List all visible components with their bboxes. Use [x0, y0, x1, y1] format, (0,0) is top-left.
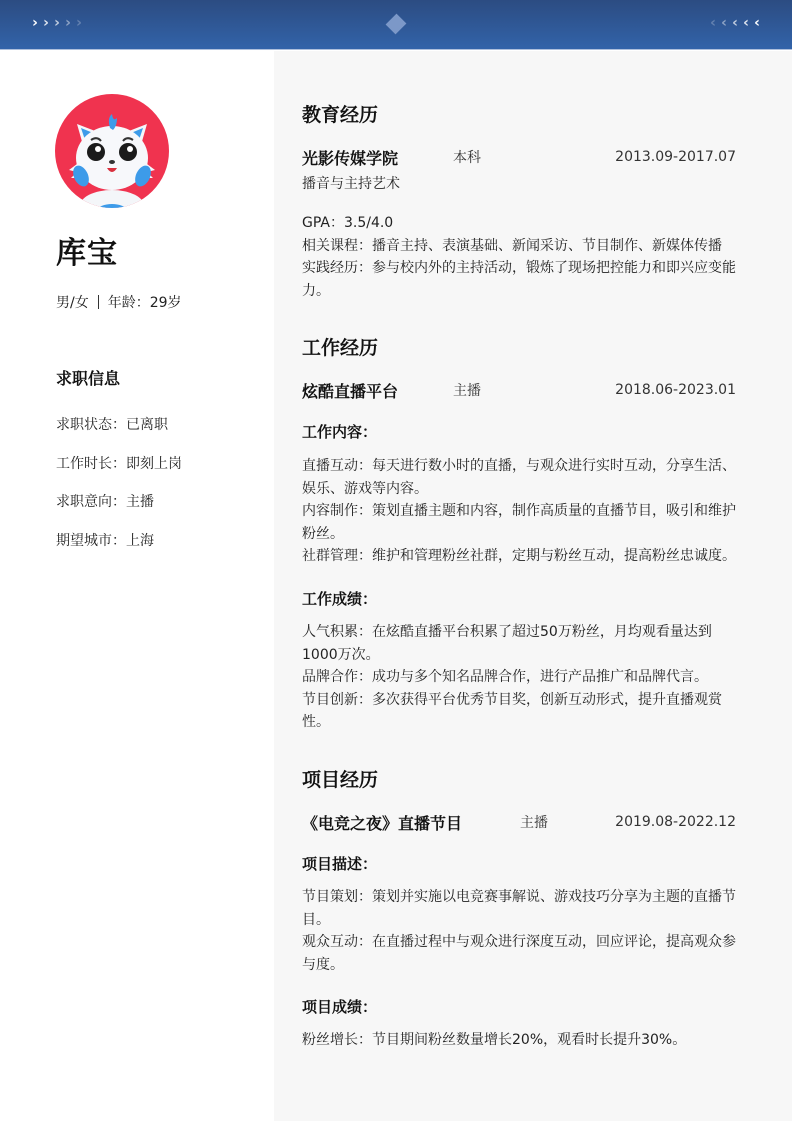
job-intent-title: 求职信息: [56, 366, 120, 389]
avatar: [55, 94, 169, 208]
project-desc-item: 观众互动：在直播过程中与观众进行深度互动，回应评论，提高观众参与度。: [302, 931, 738, 976]
school-name: 光影传媒学院: [302, 146, 398, 169]
project-date: 2019.08-2022.12: [615, 814, 736, 830]
project-achievements-title: 项目成绩：: [302, 996, 377, 1017]
chevron-left-icon: ‹: [741, 15, 751, 31]
work-achievements-title: 工作成绩：: [302, 588, 377, 609]
candidate-name: 库宝: [56, 228, 118, 272]
work-achievements: 人气积累：在炫酷直播平台积累了超过50万粉丝，月均观看量达到1000万次。 品牌…: [302, 621, 738, 734]
practice: 实践经历：参与校内外的主持活动，锻炼了现场把控能力和即兴应变能力。: [302, 257, 738, 302]
job-intent-position: 求职意向：主播: [56, 493, 182, 532]
company-name: 炫酷直播平台: [302, 379, 398, 402]
project-entry-header: 《电竞之夜》直播节目 主播 2019.08-2022.12: [302, 811, 736, 833]
project-desc: 节目策划：策划并实施以电竞赛事解说、游戏技巧分享为主题的直播节目。 观众互动：在…: [302, 886, 738, 976]
gpa: GPA：3.5/4.0: [302, 212, 738, 235]
cat-mascot-icon: [55, 94, 169, 208]
job-intent-list: 求职状态：已离职 工作时长：即刻上岗 求职意向：主播 期望城市：上海: [56, 416, 182, 570]
major: 播音与主持艺术: [302, 173, 738, 196]
education-section-title: 教育经历: [302, 100, 378, 127]
project-desc-title: 项目描述：: [302, 853, 377, 874]
age-text: 年龄：29岁: [108, 292, 182, 312]
work-role: 主播: [453, 380, 481, 400]
work-date: 2018.06-2023.01: [615, 382, 736, 398]
chevron-right-icon: ›: [41, 15, 51, 31]
education-date: 2013.09-2017.07: [615, 149, 736, 165]
sidebar: [0, 51, 274, 1121]
job-intent-availability: 工作时长：即刻上岗: [56, 455, 182, 494]
project-section-title: 项目经历: [302, 765, 378, 792]
work-entry-header: 炫酷直播平台 主播 2018.06-2023.01: [302, 379, 736, 401]
divider: [98, 295, 99, 309]
work-content-item: 直播互动：每天进行数小时的直播，与观众进行实时互动，分享生活、娱乐、游戏等内容。: [302, 455, 738, 500]
gender-text: 男/女: [56, 292, 89, 312]
chevron-left-icon: ‹: [708, 15, 718, 31]
chevron-right-icon: ›: [52, 15, 62, 31]
basic-info: 男/女 年龄：29岁: [56, 292, 182, 312]
chevron-left-icon: ‹: [719, 15, 729, 31]
courses: 相关课程：播音主持、表演基础、新闻采访、节目制作、新媒体传播: [302, 235, 738, 258]
work-content-item: 社群管理：维护和管理粉丝社群，定期与粉丝互动，提高粉丝忠诚度。: [302, 545, 738, 568]
work-section-title: 工作经历: [302, 333, 378, 360]
work-content: 直播互动：每天进行数小时的直播，与观众进行实时互动，分享生活、娱乐、游戏等内容。…: [302, 455, 738, 568]
work-content-title: 工作内容：: [302, 421, 377, 442]
project-desc-item: 节目策划：策划并实施以电竞赛事解说、游戏技巧分享为主题的直播节目。: [302, 886, 738, 931]
chevron-left-icon: ‹: [730, 15, 740, 31]
project-achievement-item: 粉丝增长：节目期间粉丝数量增长20%，观看时长提升30%。: [302, 1029, 738, 1052]
education-details: GPA：3.5/4.0 相关课程：播音主持、表演基础、新闻采访、节目制作、新媒体…: [302, 212, 738, 302]
chevron-right-icon: ›: [74, 15, 84, 31]
project-role: 主播: [520, 812, 548, 832]
work-content-item: 内容制作：策划直播主题和内容，制作高质量的直播节目，吸引和维护粉丝。: [302, 500, 738, 545]
work-achievement-item: 人气积累：在炫酷直播平台积累了超过50万粉丝，月均观看量达到1000万次。: [302, 621, 738, 666]
left-chevron-decoration: › › › › ›: [30, 15, 84, 31]
job-intent-city: 期望城市：上海: [56, 532, 182, 571]
chevron-left-icon: ‹: [752, 15, 762, 31]
chevron-right-icon: ›: [63, 15, 73, 31]
work-achievement-item: 品牌合作：成功与多个知名品牌合作，进行产品推广和品牌代言。: [302, 666, 738, 689]
education-entry-header: 光影传媒学院 本科 2013.09-2017.07: [302, 146, 736, 168]
chevron-right-icon: ›: [30, 15, 40, 31]
work-achievement-item: 节目创新：多次获得平台优秀节目奖，创新互动形式，提升直播观赏性。: [302, 689, 738, 734]
project-name: 《电竞之夜》直播节目: [302, 811, 462, 834]
degree: 本科: [453, 147, 481, 167]
project-achievements: 粉丝增长：节目期间粉丝数量增长20%，观看时长提升30%。: [302, 1029, 738, 1052]
diamond-icon: [386, 14, 407, 35]
header-banner: › › › › › ‹ ‹ ‹ ‹ ‹: [0, 0, 792, 50]
right-chevron-decoration: ‹ ‹ ‹ ‹ ‹: [708, 15, 762, 31]
job-intent-status: 求职状态：已离职: [56, 416, 182, 455]
